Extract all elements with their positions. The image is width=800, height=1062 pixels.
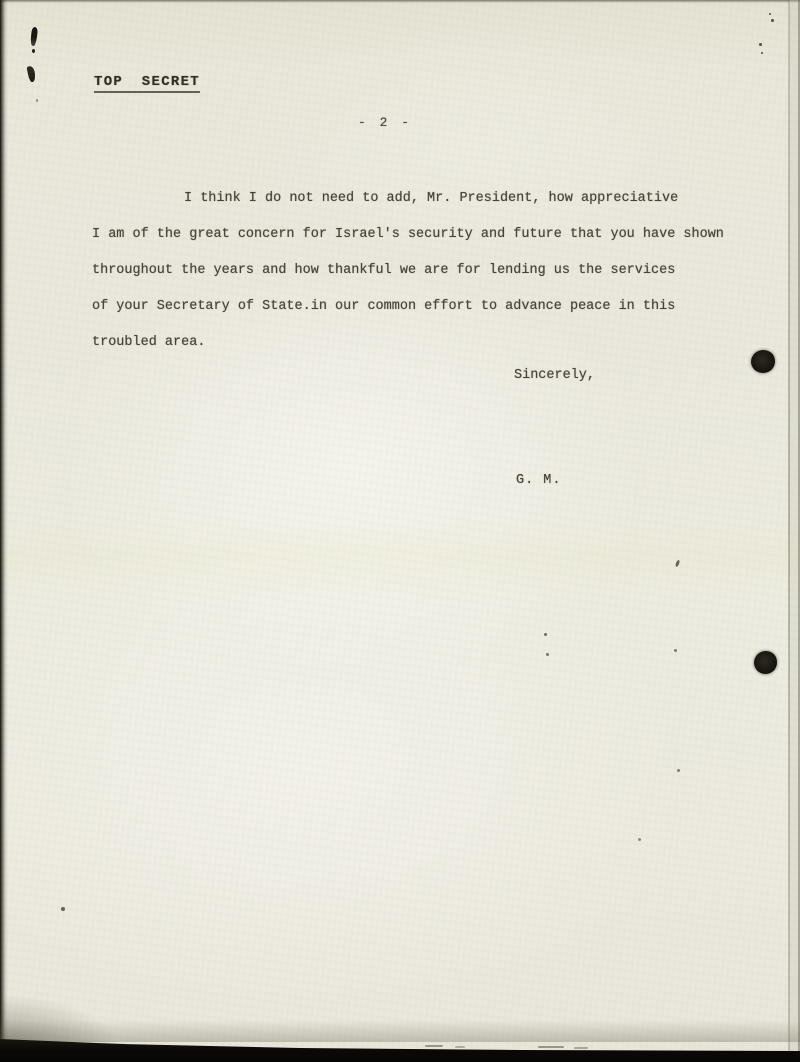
scan-edge-left	[0, 0, 8, 1062]
edge-noise-mark	[574, 1047, 588, 1049]
bottom-edge-shadow	[0, 1020, 800, 1042]
hole-punch-mark	[751, 350, 775, 373]
paper-grain-texture	[0, 0, 800, 1062]
ink-speck	[674, 649, 677, 652]
ink-speck	[546, 653, 549, 656]
ink-speck	[61, 907, 65, 911]
classification-marking: TOP SECRET	[94, 74, 200, 93]
ink-speck	[677, 769, 680, 772]
ink-blot-mark	[30, 27, 38, 47]
scan-edge-top	[0, 0, 800, 3]
paper-tint-band	[0, 520, 800, 600]
closing-salutation: Sincerely,	[514, 366, 595, 386]
scanned-document-page: TOP SECRET - 2 - I think I do not need t…	[0, 0, 800, 1062]
ink-speck	[32, 49, 35, 53]
ink-blot-mark	[26, 65, 36, 82]
letter-line: throughout the years and how thankful we…	[92, 253, 772, 289]
ink-speck	[36, 99, 38, 102]
letter-body: I think I do not need to add, Mr. Presid…	[92, 181, 772, 361]
ink-speck	[675, 560, 680, 568]
hole-punch-mark	[754, 651, 777, 674]
letter-line: I think I do not need to add, Mr. Presid…	[92, 181, 772, 217]
ink-speck	[638, 838, 641, 841]
ink-speck	[771, 19, 774, 22]
letter-line: troubled area.	[92, 325, 772, 361]
page-number: - 2 -	[358, 115, 412, 130]
ink-speck	[769, 13, 771, 15]
edge-noise-mark	[538, 1046, 564, 1048]
signature-initials: G. M.	[516, 471, 562, 491]
letter-line: of your Secretary of State.in our common…	[92, 289, 772, 325]
edge-noise-mark	[425, 1045, 443, 1047]
ink-speck	[544, 633, 547, 636]
ink-speck	[761, 52, 763, 54]
paper-fold-line	[788, 0, 790, 1062]
edge-noise-mark	[455, 1046, 465, 1048]
ink-speck	[759, 43, 762, 46]
letter-line: I am of the great concern for Israel's s…	[92, 217, 772, 253]
